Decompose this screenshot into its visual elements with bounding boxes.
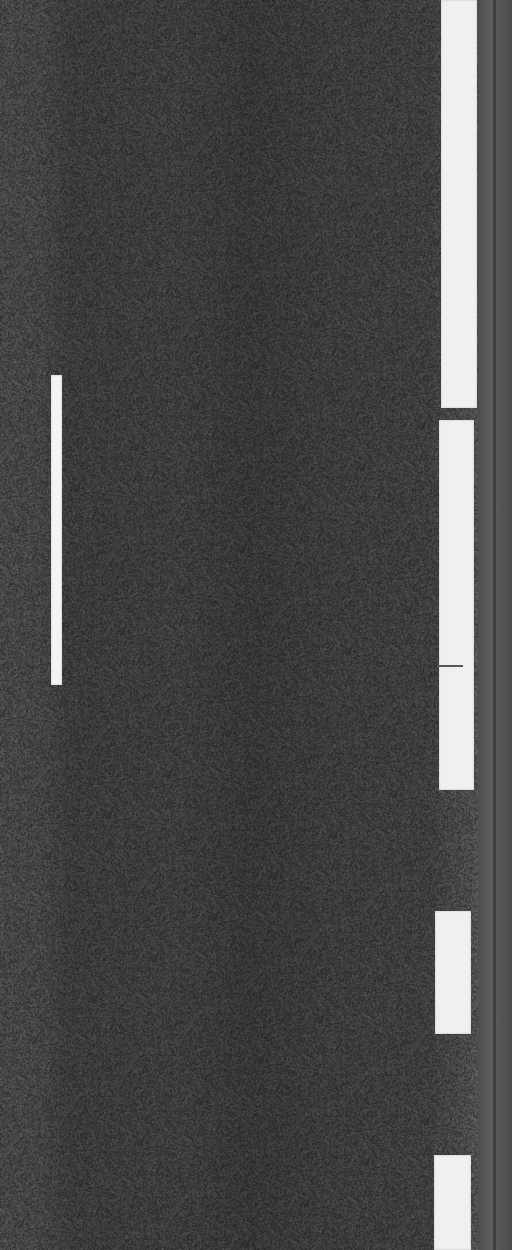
road-surface [0, 0, 512, 1250]
edge-marking-2 [439, 420, 474, 790]
edge-marking-3 [435, 911, 471, 1034]
edge-marking-1 [441, 0, 477, 408]
edge-marking-4 [434, 1155, 471, 1250]
asphalt-texture [0, 0, 512, 1250]
marking-crack [437, 665, 463, 667]
shoulder-crack [493, 0, 496, 1250]
center-lane-marking [51, 375, 62, 685]
